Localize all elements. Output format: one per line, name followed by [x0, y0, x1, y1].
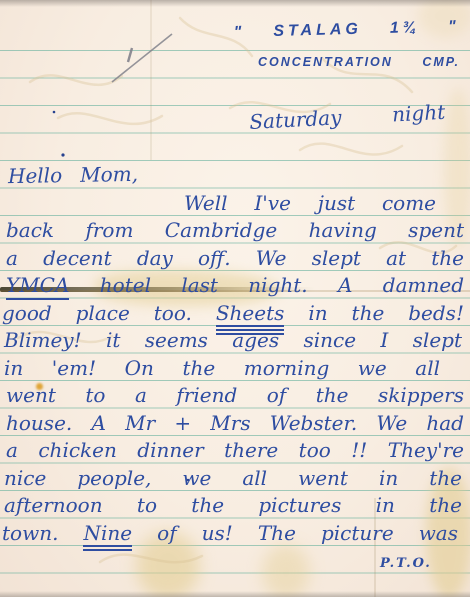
letter-line-12: afternoon to the pictures in the [4, 493, 462, 517]
letter-text: of us! The picture was [132, 521, 458, 545]
paper-bottom-edge [0, 591, 470, 597]
letter-line-10: a chicken dinner there too !! They're [6, 438, 464, 462]
letter-greeting: Hello Mom, [8, 162, 138, 188]
letter-dateline: Saturday night [249, 100, 446, 134]
paper-top-edge [0, 0, 470, 7]
letter-pto-note: P.T.O. [380, 556, 432, 571]
letter-text: a chicken dinner there too !! They're [6, 438, 464, 462]
letter-line-11: nice people, we all went in the [4, 466, 462, 490]
letter-line-8: went to a friend of the skippers [6, 383, 464, 407]
letter-text: Well I've just come [184, 191, 436, 215]
letter-text: Blimey! it seems ages since I slept [4, 328, 462, 352]
letter-heading-camp-type: CONCENTRATION CMP. [258, 55, 460, 69]
underlined-word: YMCA [6, 273, 69, 300]
letter-text: house. A Mr + Mrs Webster. We had [6, 411, 464, 435]
underlined-word: Nine [83, 521, 132, 551]
letter-text: a decent day off. We slept at the [6, 246, 464, 270]
letter-text: nice people, we all went in the [4, 466, 462, 490]
letter-line-6: Blimey! it seems ages since I slept [4, 328, 462, 352]
letter-text: in the beds! [284, 301, 464, 325]
vertical-crease [150, 0, 152, 160]
stain-mark [262, 544, 310, 597]
letter-line-13: town. Nine of us! The picture was [2, 521, 458, 551]
letter-line-4: YMCA hotel last night. A damned [6, 273, 464, 297]
letter-line-2: back from Cambridge having spent [6, 218, 464, 242]
letter-line-7: in 'em! On the morning we all [4, 356, 440, 380]
letter-page: " STALAG 1¾ " CONCENTRATION CMP. Saturda… [0, 0, 470, 597]
pencil-slash-mark [112, 34, 172, 82]
letter-text: went to a friend of the skippers [6, 383, 464, 407]
letter-text: good place too. [2, 301, 216, 325]
letter-text: town. [2, 521, 83, 545]
letter-text: in 'em! On the morning we all [4, 356, 440, 380]
letter-line-9: house. A Mr + Mrs Webster. We had [6, 411, 464, 435]
letter-line-1: Well I've just come [184, 191, 436, 215]
letter-heading-camp-name: " STALAG 1¾ " [234, 18, 460, 42]
letter-line-3: a decent day off. We slept at the [6, 246, 464, 270]
letter-text: hotel last night. A damned [69, 273, 464, 297]
letter-text: back from Cambridge having spent [6, 218, 464, 242]
letter-text: afternoon to the pictures in the [4, 493, 462, 517]
